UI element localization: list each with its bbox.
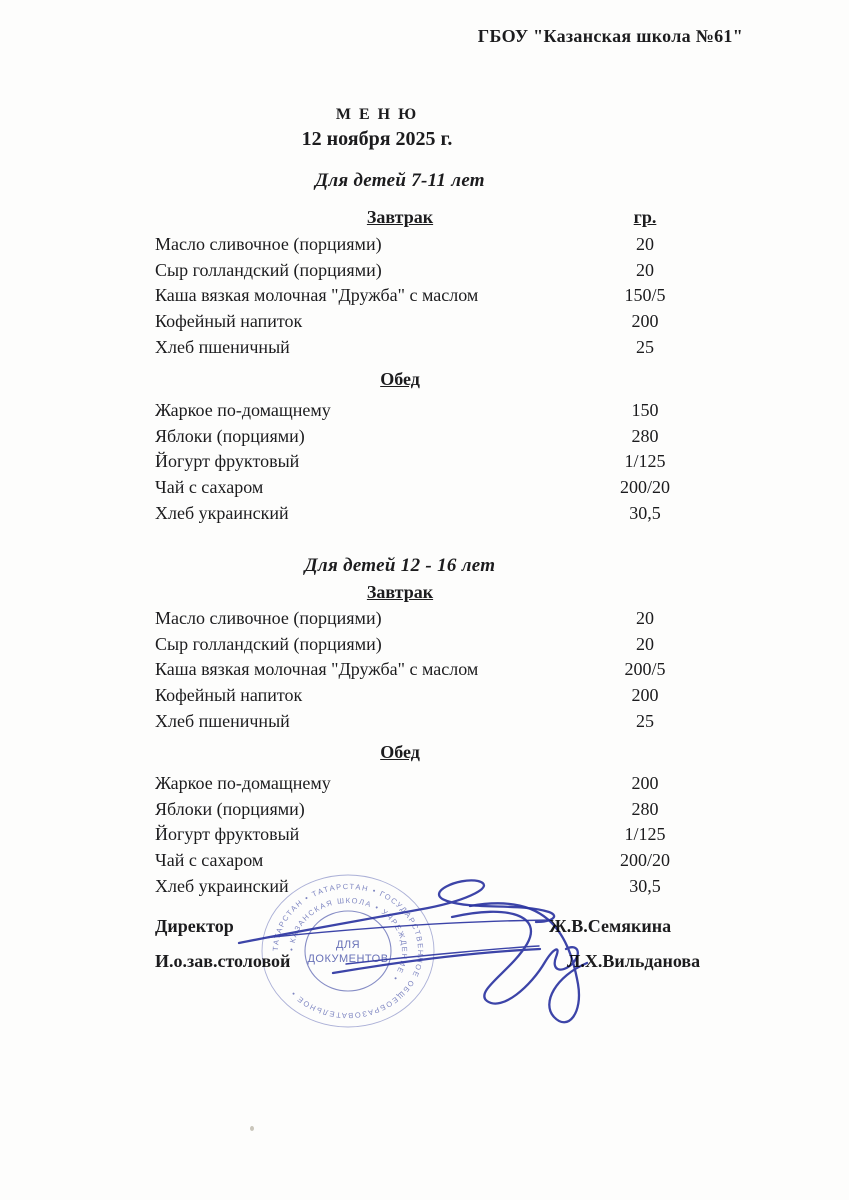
menu-item-name: Хлеб украинский	[155, 501, 600, 527]
document-date: 12 ноября 2025 г.	[0, 127, 754, 151]
menu-item-row: Каша вязкая молочная "Дружба" с маслом 1…	[155, 283, 690, 309]
menu-item-amount: 150/5	[600, 283, 690, 309]
menu-item-name: Йогурт фруктовый	[155, 822, 600, 848]
menu-item-name: Хлеб украинский	[155, 874, 600, 900]
signature-role-director: Директор	[155, 916, 234, 937]
breakfast-header-row-1: Завтрак гр.	[155, 207, 690, 231]
menu-item-amount: 25	[600, 709, 690, 735]
menu-item-amount: 280	[600, 797, 690, 823]
menu-item-name: Хлеб пшеничный	[155, 335, 600, 361]
menu-item-name: Масло сливочное (порциями)	[155, 606, 600, 632]
signature-role-canteen-head: И.о.зав.столовой	[155, 951, 290, 972]
menu-item-amount: 30,5	[600, 501, 690, 527]
lunch-header-row-1: Обед	[155, 369, 690, 393]
menu-item-name: Жаркое по-домащнему	[155, 398, 600, 424]
menu-item-amount: 200/5	[600, 657, 690, 683]
document-title: М Е Н Ю	[0, 104, 754, 126]
lunch-items-7-11: Жаркое по-домащнему 150 Яблоки (порциями…	[155, 398, 690, 527]
menu-item-row: Хлеб украинский 30,5	[155, 501, 690, 527]
breakfast-items-12-16: Масло сливочное (порциями) 20 Сыр голлан…	[155, 606, 690, 735]
age-group-heading-12-16: Для детей 12 - 16 лет	[155, 555, 645, 577]
menu-item-row: Кофейный напиток 200	[155, 683, 690, 709]
menu-item-row: Хлеб пшеничный 25	[155, 335, 690, 361]
menu-item-name: Кофейный напиток	[155, 683, 600, 709]
meal-header-lunch-1: Обед	[155, 369, 645, 390]
signature-name-director: Ж.В.Семякина	[549, 916, 671, 937]
signature-row-director: Директор Ж.В.Семякина	[155, 916, 849, 942]
breakfast-items-7-11: Масло сливочное (порциями) 20 Сыр голлан…	[155, 232, 690, 361]
menu-item-row: Йогурт фруктовый 1/125	[155, 449, 690, 475]
menu-item-amount: 200	[600, 771, 690, 797]
menu-item-amount: 30,5	[600, 874, 690, 900]
menu-item-row: Каша вязкая молочная "Дружба" с маслом 2…	[155, 657, 690, 683]
meal-header-lunch-2: Обед	[155, 742, 645, 763]
menu-item-amount: 25	[600, 335, 690, 361]
menu-item-amount: 20	[600, 258, 690, 284]
menu-document-page: ГБОУ "Казанская школа №61" М Е Н Ю 12 но…	[0, 0, 849, 1200]
menu-item-name: Сыр голландский (порциями)	[155, 632, 600, 658]
lunch-items-12-16: Жаркое по-домащнему 200 Яблоки (порциями…	[155, 771, 690, 900]
breakfast-header-row-2: Завтрак	[155, 582, 690, 606]
meal-header-breakfast-2: Завтрак	[155, 582, 645, 603]
menu-item-row: Яблоки (порциями) 280	[155, 797, 690, 823]
menu-item-row: Йогурт фруктовый 1/125	[155, 822, 690, 848]
menu-item-amount: 1/125	[600, 449, 690, 475]
menu-item-row: Хлеб украинский 30,5	[155, 874, 690, 900]
scan-speck	[250, 1126, 254, 1131]
menu-item-name: Каша вязкая молочная "Дружба" с маслом	[155, 657, 600, 683]
menu-item-row: Сыр голландский (порциями) 20	[155, 632, 690, 658]
menu-item-amount: 20	[600, 632, 690, 658]
menu-item-row: Чай с сахаром 200/20	[155, 475, 690, 501]
signature-name-canteen-head: Л.Х.Вильданова	[567, 951, 700, 972]
menu-item-amount: 1/125	[600, 822, 690, 848]
school-name-header: ГБОУ "Казанская школа №61"	[478, 26, 743, 47]
menu-item-row: Сыр голландский (порциями) 20	[155, 258, 690, 284]
menu-item-name: Яблоки (порциями)	[155, 797, 600, 823]
menu-item-row: Кофейный напиток 200	[155, 309, 690, 335]
menu-item-name: Сыр голландский (порциями)	[155, 258, 600, 284]
amount-column-header: гр.	[600, 207, 690, 228]
menu-item-amount: 20	[600, 232, 690, 258]
menu-item-amount: 20	[600, 606, 690, 632]
menu-item-amount: 150	[600, 398, 690, 424]
menu-item-row: Масло сливочное (порциями) 20	[155, 606, 690, 632]
menu-item-name: Жаркое по-домащнему	[155, 771, 600, 797]
menu-item-name: Йогурт фруктовый	[155, 449, 600, 475]
menu-item-amount: 200	[600, 683, 690, 709]
menu-item-name: Хлеб пшеничный	[155, 709, 600, 735]
menu-item-name: Каша вязкая молочная "Дружба" с маслом	[155, 283, 600, 309]
menu-item-row: Масло сливочное (порциями) 20	[155, 232, 690, 258]
lunch-header-row-2: Обед	[155, 742, 690, 766]
menu-item-name: Чай с сахаром	[155, 848, 600, 874]
menu-item-row: Жаркое по-домащнему 200	[155, 771, 690, 797]
menu-item-name: Масло сливочное (порциями)	[155, 232, 600, 258]
menu-item-row: Яблоки (порциями) 280	[155, 424, 690, 450]
menu-item-name: Чай с сахаром	[155, 475, 600, 501]
menu-item-amount: 200/20	[600, 475, 690, 501]
menu-item-row: Жаркое по-домащнему 150	[155, 398, 690, 424]
title-block: М Е Н Ю 12 ноября 2025 г.	[0, 104, 754, 151]
menu-item-name: Яблоки (порциями)	[155, 424, 600, 450]
menu-item-amount: 280	[600, 424, 690, 450]
menu-item-amount: 200/20	[600, 848, 690, 874]
menu-item-amount: 200	[600, 309, 690, 335]
signature-row-canteen-head: И.о.зав.столовой Л.Х.Вильданова	[155, 951, 849, 977]
meal-header-breakfast-1: Завтрак	[155, 207, 645, 228]
menu-item-name: Кофейный напиток	[155, 309, 600, 335]
menu-item-row: Хлеб пшеничный 25	[155, 709, 690, 735]
age-group-heading-7-11: Для детей 7-11 лет	[155, 170, 645, 192]
menu-item-row: Чай с сахаром 200/20	[155, 848, 690, 874]
